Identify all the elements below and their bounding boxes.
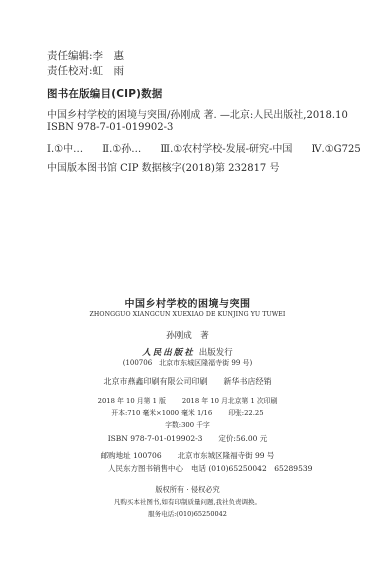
printer: 北京市燕鑫印刷有限公司印刷 — [104, 377, 208, 386]
publisher-address: (100706 北京市东城区隆福寺街 99 号) — [0, 358, 375, 368]
mail-address: 北京市东城区隆福寺街 99 号 — [178, 451, 275, 460]
publisher-suffix: 出版发行 — [199, 348, 233, 358]
class-2: Ⅱ.①孙… — [102, 144, 141, 155]
class-3: Ⅲ.①农村学校-发展-研究-中国 — [160, 144, 292, 155]
printing: 2018 年 10 月北京第 1 次印刷 — [182, 397, 277, 405]
sales-line: 人民东方图书销售中心电话 (010)65250042 65289539 — [108, 463, 312, 474]
book-title-pinyin: ZHONGGUO XIANGCUN XUEXIAO DE KUNJING YU … — [0, 311, 375, 318]
mail-line: 邮购地址 100706北京市东城区隆福寺街 99 号 — [0, 450, 375, 461]
isbn: ISBN 978-7-01-019902-3 — [108, 434, 203, 443]
book-title-cn: 中国乡村学校的困境与突围 — [0, 295, 375, 310]
editor-credit: 责任编辑:李 惠 — [47, 49, 124, 64]
copyright-notice: 版权所有 · 侵权必究 — [0, 485, 375, 495]
proofreader-credit: 责任校对:虹 雨 — [47, 64, 124, 79]
word-count: 字数:300 千字 — [0, 419, 375, 429]
format-line: 开本:710 毫米×1000 毫米 1/16印张:22.25 — [0, 407, 375, 417]
class-1: Ⅰ.①中… — [47, 144, 83, 155]
cip-isbn: ISBN 978-7-01-019902-3 — [47, 122, 173, 133]
printer-line: 北京市燕鑫印刷有限公司印刷新华书店经销 — [0, 376, 375, 387]
author: 孙刚成 著 — [0, 329, 375, 341]
edition: 2018 年 10 月第 1 版 — [98, 397, 166, 405]
sales-phone: 电话 (010)65250042 65289539 — [191, 464, 312, 473]
publisher-line: 人民出版社出版发行 — [0, 346, 375, 358]
cip-heading: 图书在版编目(CIP)数据 — [47, 86, 163, 101]
service-phone: 服务电话:(010)65250042 — [0, 509, 375, 518]
isbn-price-line: ISBN 978-7-01-019902-3定价:56.00 元 — [0, 433, 375, 444]
sheets: 印张:22.25 — [228, 409, 263, 417]
credits-block: 责任编辑:李 惠 责任校对:虹 雨 — [47, 49, 124, 79]
cip-bibliographic: 中国乡村学校的困境与突围/孙刚成 著. —北京:人民出版社,2018.10 — [47, 106, 348, 121]
distributor: 新华书店经销 — [224, 377, 272, 386]
edition-line: 2018 年 10 月第 1 版2018 年 10 月北京第 1 次印刷 — [0, 395, 375, 405]
mail-label: 邮购地址 100706 — [101, 451, 162, 460]
cip-number: 中国版本图书馆 CIP 数据核字(2018)第 232817 号 — [47, 159, 279, 174]
cip-classification: Ⅰ.①中… Ⅱ.①孙… Ⅲ.①农村学校-发展-研究-中国 Ⅳ.①G725 — [47, 140, 361, 155]
quality-notice: 凡购买本社图书,如有印制质量问题,我社负责调换。 — [0, 497, 375, 506]
format: 开本:710 毫米×1000 毫米 1/16 — [111, 409, 212, 417]
publisher-logo: 人民出版社 — [142, 348, 195, 358]
sales-center: 人民东方图书销售中心 — [108, 464, 183, 473]
price: 定价:56.00 元 — [218, 434, 267, 443]
class-4: Ⅳ.①G725 — [312, 144, 361, 155]
